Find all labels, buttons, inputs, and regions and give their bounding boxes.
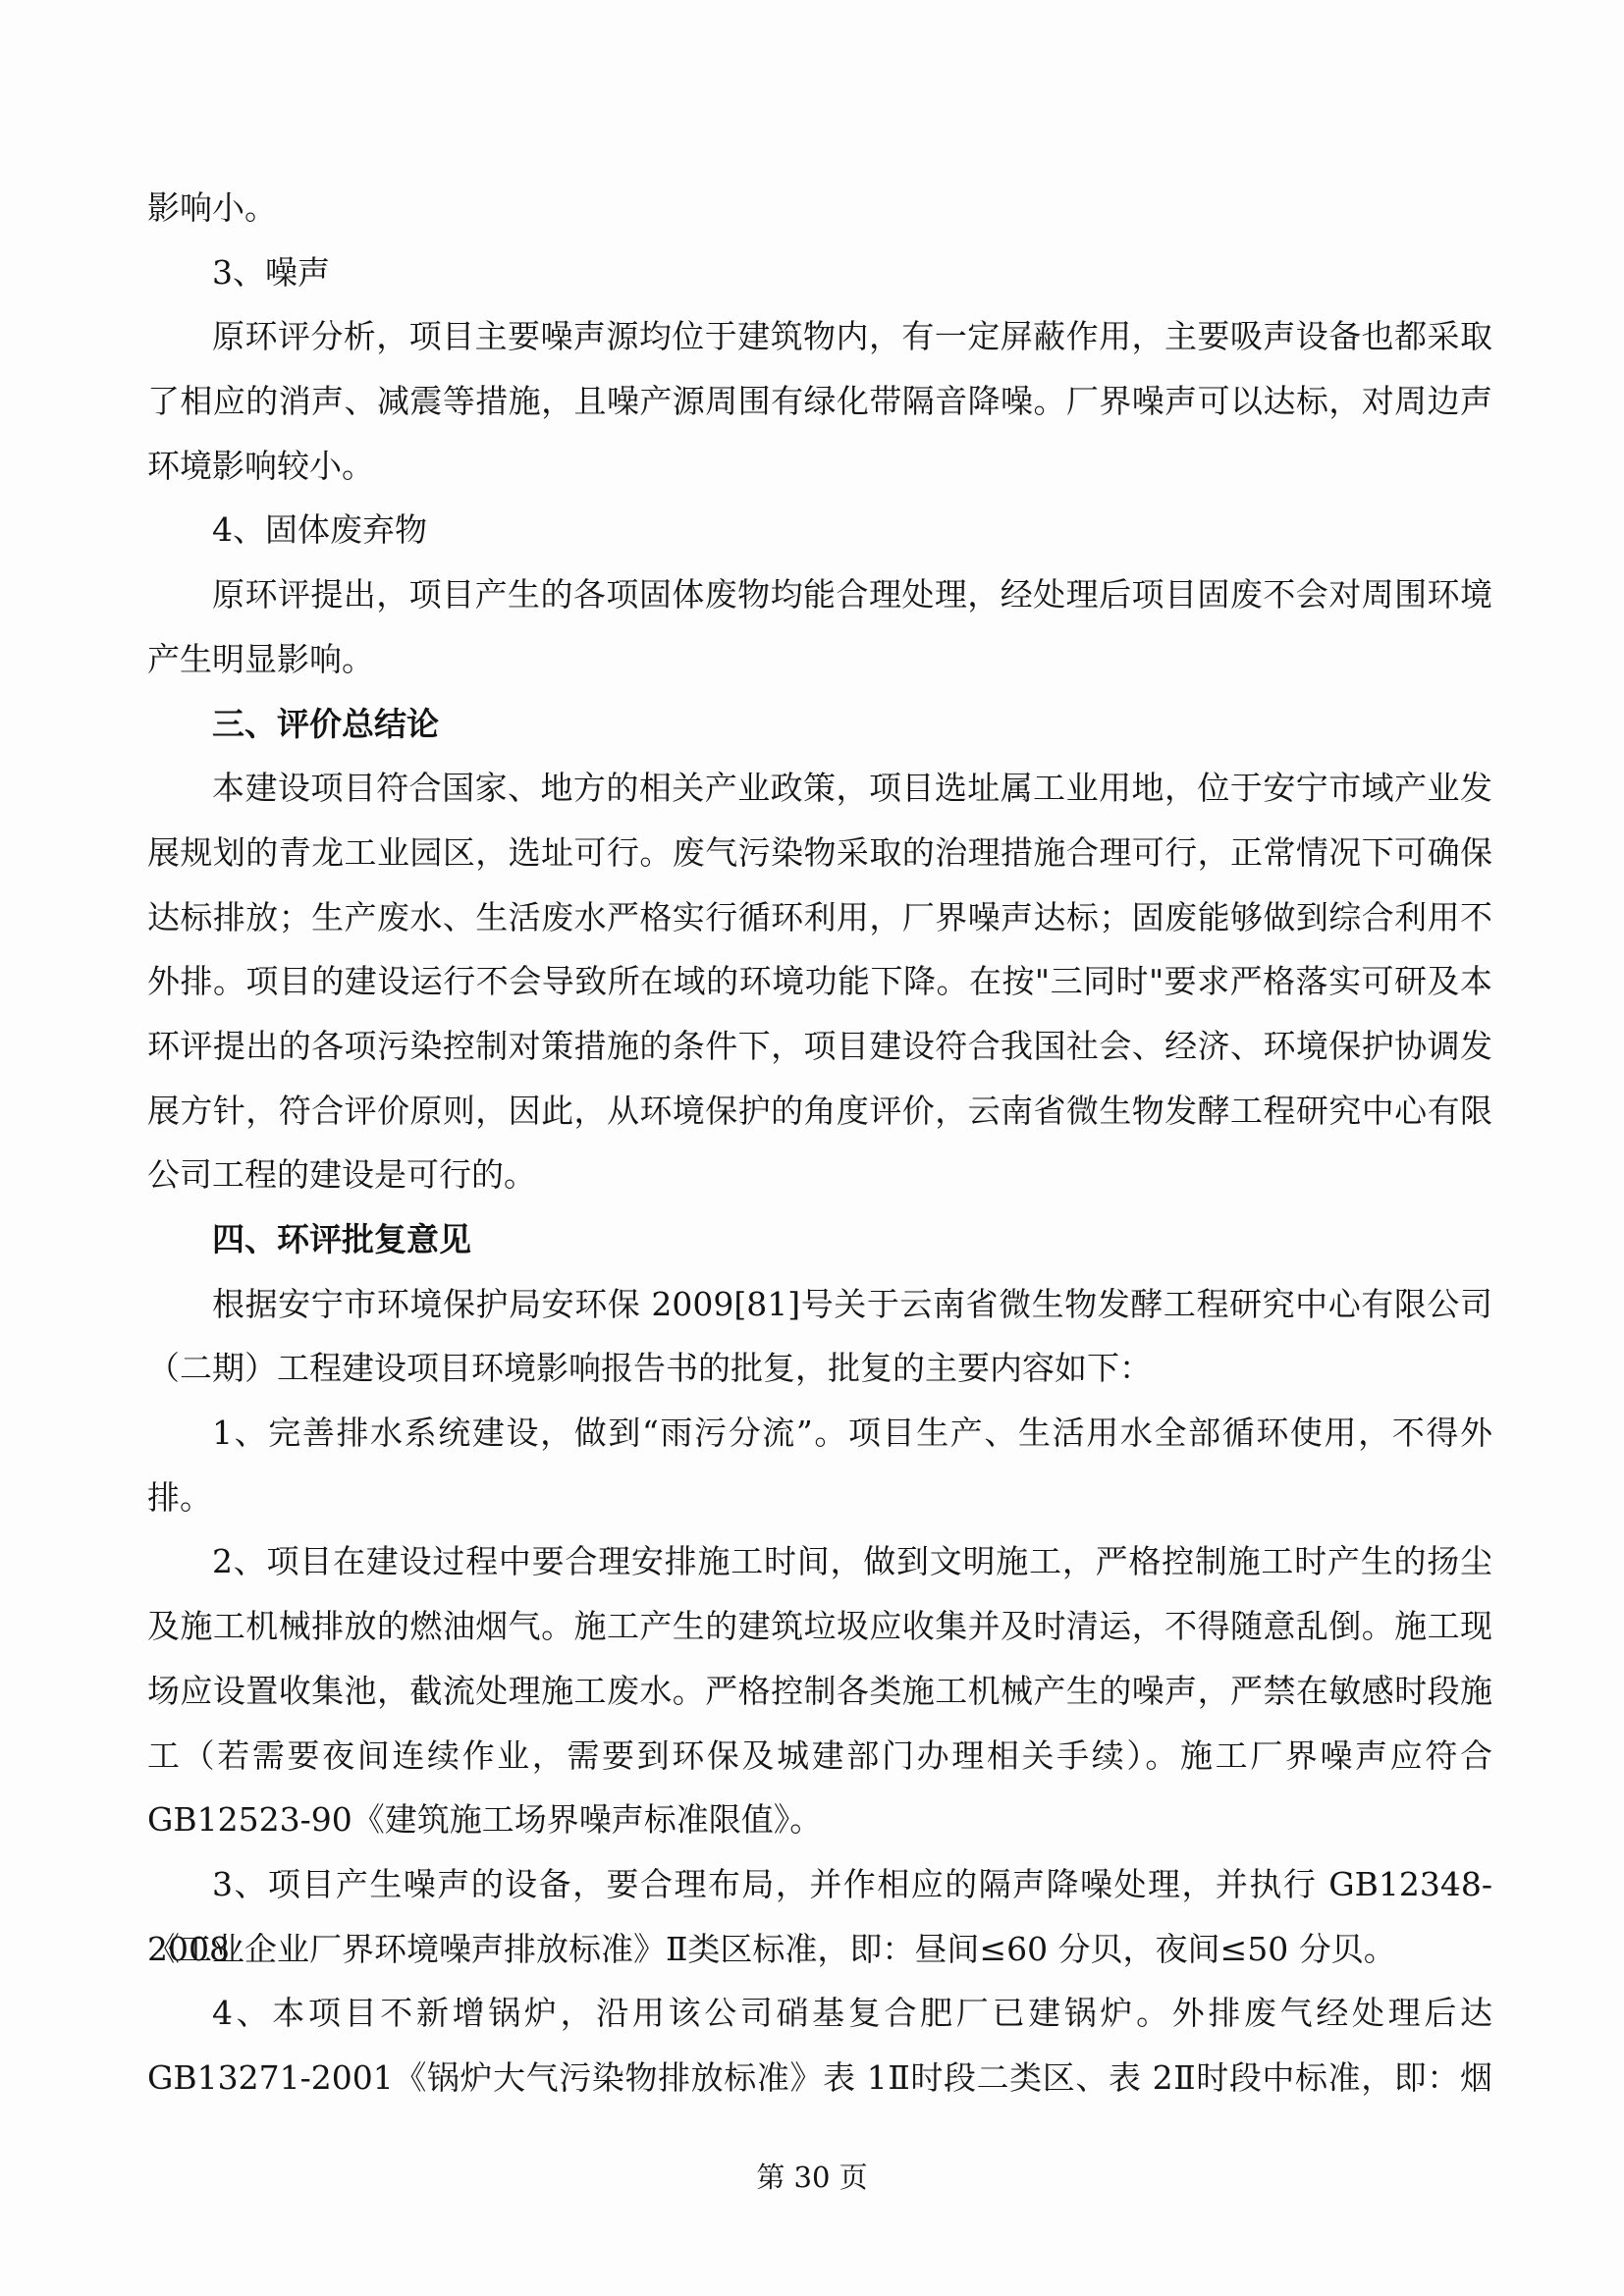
text-line: GB13271-2001《锅炉大气污染物排放标准》表 1Ⅱ时段二类区、表 2Ⅱ时…	[147, 2046, 1492, 2110]
text-line: 了相应的消声、减震等措施，且噪产源周围有绿化带隔音降噪。厂界噪声可以达标，对周边…	[147, 369, 1492, 434]
paragraph: 4、本项目不新增锅炉，沿用该公司硝基复合肥厂已建锅炉。外排废气经处理后达GB13…	[147, 1981, 1492, 2109]
text-line: 原环评分析，项目主要噪声源均位于建筑物内，有一定屏蔽作用，主要吸声设备也都采取	[147, 304, 1492, 369]
text-line: 三、评价总结论	[147, 692, 1492, 757]
text-line: 环境影响较小。	[147, 434, 1492, 499]
text-line: 3、噪声	[147, 240, 1492, 305]
paragraph: 原环评分析，项目主要噪声源均位于建筑物内，有一定屏蔽作用，主要吸声设备也都采取了…	[147, 304, 1492, 498]
paragraph: 2、项目在建设过程中要合理安排施工时间，做到文明施工，严格控制施工时产生的扬尘及…	[147, 1529, 1492, 1851]
page-footer: 第 30 页	[0, 2156, 1624, 2196]
text-line: 产生明显影响。	[147, 627, 1492, 692]
paragraph: 4、固体废弃物	[147, 498, 1492, 562]
paragraph: 3、项目产生噪声的设备，要合理布局，并作相应的隔声降噪处理，并执行 GB1234…	[147, 1852, 1492, 1981]
paragraph: 原环评提出，项目产生的各项固体废物均能合理处理，经处理后项目固废不会对周围环境产…	[147, 562, 1492, 691]
section-heading: 三、评价总结论	[147, 692, 1492, 757]
text-line: 《工业企业厂界环境噪声排放标准》Ⅱ类区标准，即：昼间≤60 分贝，夜间≤50 分…	[147, 1917, 1492, 1982]
paragraph: 根据安宁市环境保护局安环保 2009[81]号关于云南省微生物发酵工程研究中心有…	[147, 1272, 1492, 1401]
text-line: 外排。项目的建设运行不会导致所在域的环境功能下降。在按"三同时"要求严格落实可研…	[147, 949, 1492, 1014]
text-line: 4、固体废弃物	[147, 498, 1492, 562]
document-body: 影响小。3、噪声原环评分析，项目主要噪声源均位于建筑物内，有一定屏蔽作用，主要吸…	[147, 176, 1492, 2110]
text-line: （二期）工程建设项目环境影响报告书的批复，批复的主要内容如下：	[147, 1336, 1492, 1401]
paragraph: 3、噪声	[147, 240, 1492, 305]
text-line: 公司工程的建设是可行的。	[147, 1143, 1492, 1207]
text-line: 四、环评批复意见	[147, 1207, 1492, 1272]
text-line: 3、项目产生噪声的设备，要合理布局，并作相应的隔声降噪处理，并执行 GB1234…	[147, 1852, 1492, 1917]
text-line: 原环评提出，项目产生的各项固体废物均能合理处理，经处理后项目固废不会对周围环境	[147, 562, 1492, 627]
text-line: GB12523-90《建筑施工场界噪声标准限值》。	[147, 1788, 1492, 1852]
text-line: 2、项目在建设过程中要合理安排施工时间，做到文明施工，严格控制施工时产生的扬尘	[147, 1529, 1492, 1594]
paragraph: 1、完善排水系统建设，做到“雨污分流”。项目生产、生活用水全部循环使用，不得外排…	[147, 1401, 1492, 1529]
document-page: 影响小。3、噪声原环评分析，项目主要噪声源均位于建筑物内，有一定屏蔽作用，主要吸…	[0, 0, 1624, 2296]
page-number: 第 30 页	[756, 2161, 867, 2194]
text-line: 及施工机械排放的燃油烟气。施工产生的建筑垃圾应收集并及时清运，不得随意乱倒。施工…	[147, 1594, 1492, 1659]
text-line: 根据安宁市环境保护局安环保 2009[81]号关于云南省微生物发酵工程研究中心有…	[147, 1272, 1492, 1337]
text-line: 1、完善排水系统建设，做到“雨污分流”。项目生产、生活用水全部循环使用，不得外	[147, 1401, 1492, 1466]
paragraph: 影响小。	[147, 176, 1492, 240]
text-line: 展方针，符合评价原则，因此，从环境保护的角度评价，云南省微生物发酵工程研究中心有…	[147, 1079, 1492, 1144]
section-heading: 四、环评批复意见	[147, 1207, 1492, 1272]
text-line: 达标排放；生产废水、生活废水严格实行循环利用，厂界噪声达标；固废能够做到综合利用…	[147, 885, 1492, 950]
text-line: 展规划的青龙工业园区，选址可行。废气污染物采取的治理措施合理可行，正常情况下可确…	[147, 821, 1492, 885]
text-line: 本建设项目符合国家、地方的相关产业政策，项目选址属工业用地，位于安宁市域产业发	[147, 756, 1492, 821]
text-line: 场应设置收集池，截流处理施工废水。严格控制各类施工机械产生的噪声，严禁在敏感时段…	[147, 1659, 1492, 1724]
text-line: 环评提出的各项污染控制对策措施的条件下，项目建设符合我国社会、经济、环境保护协调…	[147, 1014, 1492, 1079]
text-line: 排。	[147, 1466, 1492, 1530]
text-line: 影响小。	[147, 176, 1492, 240]
text-line: 工（若需要夜间连续作业，需要到环保及城建部门办理相关手续）。施工厂界噪声应符合	[147, 1724, 1492, 1789]
text-line: 4、本项目不新增锅炉，沿用该公司硝基复合肥厂已建锅炉。外排废气经处理后达	[147, 1981, 1492, 2046]
paragraph: 本建设项目符合国家、地方的相关产业政策，项目选址属工业用地，位于安宁市域产业发展…	[147, 756, 1492, 1207]
